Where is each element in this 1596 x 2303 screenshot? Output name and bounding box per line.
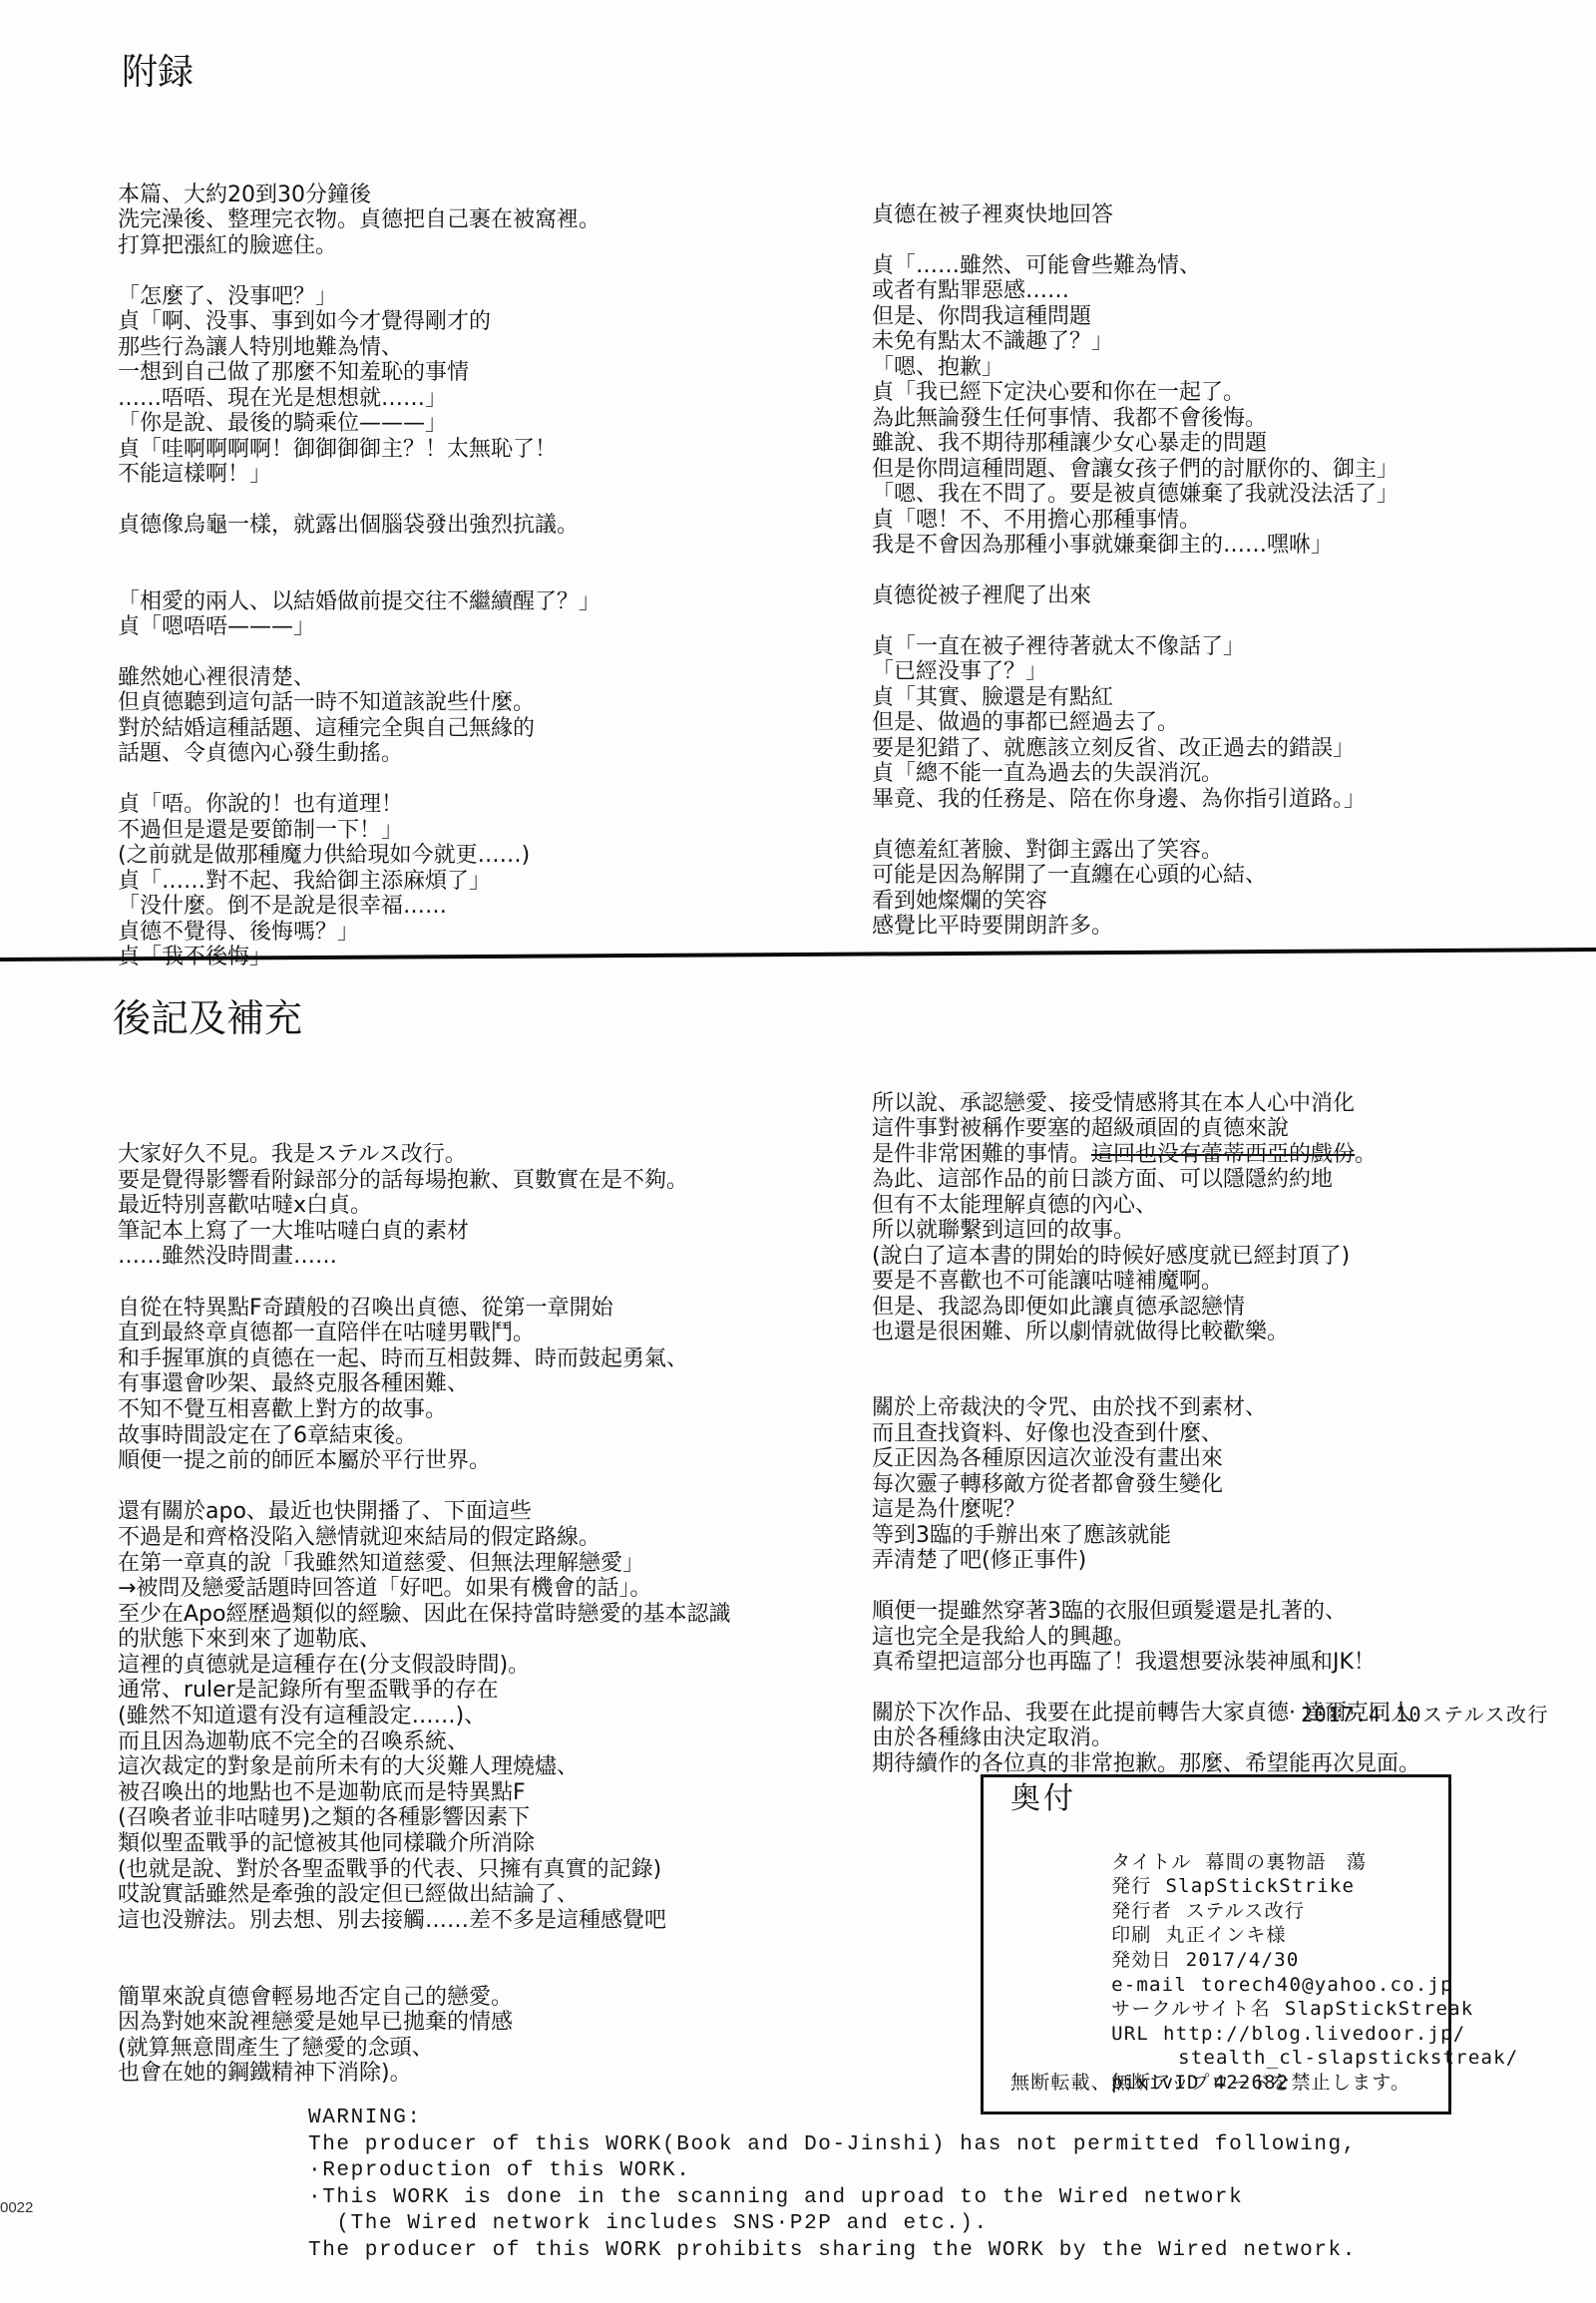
appendix-heading: 附録 <box>122 54 194 92</box>
text-line: 貞德不覺得、後悔嗎？」 <box>118 920 600 945</box>
text-line: 真希望把這部分也再臨了！我還想要泳裝神風和JK！ <box>872 1650 1420 1675</box>
text-line: 我是不會因為那種小事就嫌棄御主的……嘿咻」 <box>872 533 1398 558</box>
text-line: 「已經没事了？」 <box>872 659 1398 684</box>
text-line: 因為對她來說裡戀愛是她早已拋棄的情感 <box>118 2010 730 2036</box>
text-line <box>118 258 600 283</box>
text-line <box>872 559 1398 583</box>
text-line: 等到3臨的手辦出來了應該就能 <box>872 1523 1420 1548</box>
text-line: 直到最終章貞德都一直陪伴在咕噠男戰鬥。 <box>118 1321 730 1346</box>
text-line: 「嗯、抱歉」 <box>872 355 1398 380</box>
colophon-value: ステルス改行 <box>1186 1900 1305 1922</box>
text-line: 大家好久不見。我是ステルス改行。 <box>118 1142 730 1168</box>
text-line: 貞「一直在被子裡待著就太不像話了」 <box>872 634 1398 659</box>
text-line: 關於上帝裁決的令咒、由於找不到素材、 <box>872 1395 1420 1420</box>
text-line: 對於結婚這種話題、這種完全與自己無緣的 <box>118 716 600 741</box>
text-line: 為此、這部作品的前日談方面、可以隱隱約約地 <box>872 1167 1420 1192</box>
text-line: 而且因為迦勒底不完全的召喚系統、 <box>118 1729 730 1755</box>
text-line: →被問及戀愛話題時回答道「好吧。如果有機會的話」。 <box>118 1576 730 1602</box>
text-line: (就算無意間產生了戀愛的念頭、 <box>118 2036 730 2062</box>
colophon-notice: 無断転載、無断アップロードを禁止します。 <box>1010 2071 1518 2096</box>
text-line <box>872 1675 1420 1700</box>
text-line: 貞德像烏龜一樣，就露出個腦袋發出強烈抗議。 <box>118 513 600 538</box>
text-line: (說白了這本書的開始的時候好感度就已經封頂了) <box>872 1244 1420 1269</box>
text-line: 筆記本上寫了一大堆咕噠白貞的素材 <box>118 1219 730 1245</box>
afterword-left-column: 大家好久不見。我是ステルス改行。要是覺得影響看附録部分的話每場抱歉、頁數實在是不… <box>118 1067 730 2087</box>
text-line <box>118 1270 730 1296</box>
text-line: 最近特別喜歡咕噠x白貞。 <box>118 1193 730 1219</box>
text-line: 要是不喜歡也不可能讓咕噠補魔啊。 <box>872 1269 1420 1294</box>
text-line: 而且查找資料、好像也没查到什麼、 <box>872 1421 1420 1446</box>
text-line: 「相愛的兩人、以結婚做前提交往不繼續醒了？」 <box>118 589 600 614</box>
text-line: ……雖然没時間畫…… <box>118 1244 730 1270</box>
colophon-email: torech40@yahoo.co.jp <box>1201 1974 1453 1996</box>
text-line <box>118 564 600 588</box>
colophon-value: 2017/4/30 <box>1186 1949 1300 1971</box>
text-line: 類似聖盃戰爭的記憶被其他同樣職介所消除 <box>118 1831 730 1857</box>
text-line: 「嗯、我在不問了。要是被貞德嫌棄了我就没法活了」 <box>872 482 1398 507</box>
text-line: 不能這樣啊！」 <box>118 462 600 487</box>
colophon-label: 発行者 <box>1111 1900 1172 1922</box>
text-line: 每次靈子轉移敵方從者都會發生變化 <box>872 1472 1420 1497</box>
text-line: 這次裁定的對象是前所未有的大災難人理燒燼、 <box>118 1754 730 1780</box>
text-line: (召喚者並非咕噠男)之類的各種影響因素下 <box>118 1805 730 1831</box>
text-line: 洗完澡後、整理完衣物。貞德把自己裹在被窩裡。 <box>118 207 600 232</box>
text-segment: 。 <box>1355 1142 1377 1167</box>
text-line: 這裡的貞德就是這種存在(分支假設時間)。 <box>118 1653 730 1679</box>
text-line: 打算把漲紅的臉遮住。 <box>118 233 600 258</box>
colophon-url-continuation: stealth_cl-slapstickstreak/ <box>1178 2047 1518 2069</box>
text-line: ……唔唔、現在光是想想就……」 <box>118 386 600 411</box>
colophon-label: URL <box>1111 2023 1149 2045</box>
text-line: 貞「哇啊啊啊啊！御御御御主？！太無恥了！ <box>118 437 600 462</box>
text-line: 或者有點罪惡感…… <box>872 278 1398 303</box>
colophon-rows: タイトル幕間の裏物語 蕩 発行SlapStickStrike 発行者ステルス改行… <box>1010 1825 1518 2096</box>
text-line: 雖然她心裡很清楚、 <box>118 665 600 690</box>
colophon-heading: 奥付 <box>1010 1783 1076 1815</box>
text-line: 至少在Apo經歷過類似的經驗、因此在保持當時戀愛的基本認識 <box>118 1602 730 1628</box>
text-line: 這件事對被稱作要塞的超級頑固的貞德來說 <box>872 1116 1420 1141</box>
text-line <box>118 1959 730 1985</box>
text-line <box>118 488 600 513</box>
text-line: 這是為什麼呢？ <box>872 1497 1420 1522</box>
text-line: 貞「嗯唔唔———」 <box>118 614 600 639</box>
text-line: (雖然不知道還有没有這種設定……)、 <box>118 1704 730 1729</box>
text-line: 那些行為讓人特別地難為情、 <box>118 335 600 360</box>
text-line: 要是犯錯了、就應該立刻反省、改正過去的錯誤」 <box>872 736 1398 761</box>
text-line: 有事還會吵架、最終克服各種困難、 <box>118 1371 730 1397</box>
afterword-heading: 後記及補充 <box>113 998 302 1038</box>
text-line <box>118 539 600 564</box>
text-line: 貞「啊、没事、事到如今才覺得剛才的 <box>118 309 600 334</box>
text-line: 感覺比平時要開朗許多。 <box>872 914 1398 939</box>
warning-line: The producer of this WORK(Book and Do-Ji… <box>308 2132 1357 2159</box>
text-line: 反正因為各種原因這次並没有畫出來 <box>872 1446 1420 1471</box>
signature-date: 2017.4.10ステルス改行 <box>1301 1702 1549 1727</box>
afterword-right-column: 所以說、承認戀愛、接受情感將其在本人心中消化這件事對被稱作要塞的超級頑固的貞德來… <box>872 1016 1420 1776</box>
colophon-url: http://blog.livedoor.jp/ <box>1163 2023 1465 2045</box>
text-line: 「没什麼。倒不是說是很幸福…… <box>118 894 600 919</box>
text-line: 的狀態下來到來了迦勒底、 <box>118 1627 730 1653</box>
text-line: 由於各種緣由決定取消。 <box>872 1726 1420 1750</box>
text-line: 但是、你問我這種問題 <box>872 304 1398 329</box>
text-line <box>118 639 600 664</box>
text-line: 不知不覺互相喜歡上對方的故事。 <box>118 1397 730 1423</box>
text-line: 通常、ruler是記錄所有聖盃戰爭的存在 <box>118 1678 730 1704</box>
text-line: 貞「……對不起、我給御主添麻煩了」 <box>118 869 600 894</box>
text-line: 看到她燦爛的笑容 <box>872 889 1398 914</box>
text-line: 貞「其實、臉還是有點紅 <box>872 685 1398 710</box>
appendix-right-column: 貞德在被子裡爽快地回答貞「……雖然、可能會些難為情、或者有點罪惡感……但是、你問… <box>872 128 1398 940</box>
text-line: 但是、做過的事都已經過去了。 <box>872 710 1398 735</box>
text-segment: 是件非常困難的事情。 <box>872 1142 1091 1167</box>
colophon-label: 発行 <box>1111 1875 1151 1897</box>
text-line: 貞「唔。你說的！也有道理！ <box>118 792 600 817</box>
text-line: 不過是和齊格没陷入戀情就迎來結局的假定路線。 <box>118 1525 730 1551</box>
text-line: 和手握軍旗的貞德在一起、時而互相鼓舞、時而鼓起勇氣、 <box>118 1346 730 1372</box>
text-line: 自從在特異點F奇蹟般的召喚出貞德、從第一章開始 <box>118 1296 730 1322</box>
colophon-value: 幕間の裏物語 蕩 <box>1206 1851 1368 1873</box>
text-line <box>118 1474 730 1500</box>
text-line: 故事時間設定在了6章結束後。 <box>118 1423 730 1449</box>
colophon-value: SlapStickStrike <box>1166 1875 1356 1897</box>
text-line: 未免有點太不識趣了？」 <box>872 329 1398 354</box>
text-line: 但是、我認為即便如此讓貞德承認戀情 <box>872 1295 1420 1320</box>
text-line: 不過但是還是要節制一下！」 <box>118 818 600 843</box>
text-line: 貞「總不能一直為過去的失誤消沉。 <box>872 761 1398 786</box>
text-line <box>872 1370 1420 1395</box>
text-line: 也會在她的鋼鐵精神下消除)。 <box>118 2061 730 2087</box>
text-line: 「你是說、最後的騎乘位———」 <box>118 411 600 436</box>
text-line: 但是你問這種問題、會讓女孩子們的討厭你的、御主」 <box>872 457 1398 482</box>
text-line: 話題、令貞德內心發生動搖。 <box>118 741 600 766</box>
text-line: 是件非常困難的事情。這回也没有蕾蒂西亞的戲份。 <box>872 1142 1420 1167</box>
colophon-label: 印刷 <box>1111 1924 1151 1946</box>
text-line <box>118 767 600 792</box>
warning-line: ·Reproduction of this WORK. <box>308 2158 1357 2185</box>
text-line: 可能是因為解開了一直纏在心頭的心結、 <box>872 863 1398 888</box>
text-line <box>118 1933 730 1959</box>
text-line: 所以說、承認戀愛、接受情感將其在本人心中消化 <box>872 1091 1420 1116</box>
colophon-label: e-mail <box>1111 1974 1187 1996</box>
colophon-value: SlapStickStreak <box>1285 1998 1474 2020</box>
text-line: 畢竟、我的任務是、陪在你身邊、為你指引道路。」 <box>872 787 1398 812</box>
text-line: 本篇、大約20到30分鐘後 <box>118 183 600 207</box>
warning-notice: WARNING:The producer of this WORK(Book a… <box>308 2106 1357 2264</box>
warning-line: (The Wired network includes SNS·P2P and … <box>308 2211 1357 2238</box>
text-line: 但貞德聽到這句話一時不知道該說些什麼。 <box>118 690 600 715</box>
text-line <box>872 812 1398 837</box>
text-line: 貞「……雖然、可能會些難為情、 <box>872 253 1398 278</box>
text-line: 這也没辦法。別去想、別去接觸……差不多是這種感覺吧 <box>118 1908 730 1934</box>
text-line: 還有關於apo、最近也快開播了、下面這些 <box>118 1499 730 1525</box>
text-line <box>872 1574 1420 1599</box>
text-line: 雖說、我不期待那種讓少女心暴走的問題 <box>872 431 1398 456</box>
text-line: 順便一提雖然穿著3臨的衣服但頭髮還是扎著的、 <box>872 1599 1420 1624</box>
page-number: 0022 <box>0 2199 33 2216</box>
text-line: 貞「我已經下定決心要和你在一起了。 <box>872 380 1398 405</box>
colophon-box: 奥付 タイトル幕間の裏物語 蕩 発行SlapStickStrike 発行者ステル… <box>981 1774 1451 2114</box>
text-line: 期待續作的各位真的非常抱歉。那麼、希望能再次見面。 <box>872 1751 1420 1776</box>
appendix-left-column: 本篇、大約20到30分鐘後洗完澡後、整理完衣物。貞德把自己裹在被窩裡。打算把漲紅… <box>118 108 600 970</box>
colophon-value: 丸正インキ様 <box>1166 1924 1287 1946</box>
text-line <box>872 1345 1420 1370</box>
warning-line: ·This WORK is done in the scanning and u… <box>308 2185 1357 2212</box>
struck-text: 這回也没有蕾蒂西亞的戲份 <box>1091 1142 1355 1167</box>
warning-line: WARNING: <box>308 2106 1357 2132</box>
text-line <box>872 227 1398 252</box>
warning-line: The producer of this WORK prohibits shar… <box>308 2238 1357 2265</box>
text-line: 貞德從被子裡爬了出來 <box>872 583 1398 608</box>
text-line: 簡單來說貞德會輕易地否定自己的戀愛。 <box>118 1985 730 2011</box>
text-line: 在第一章真的說「我雖然知道慈愛、但無法理解戀愛」 <box>118 1551 730 1577</box>
text-line: 順便一提之前的師匠本屬於平行世界。 <box>118 1448 730 1474</box>
text-line: (也就是說、對於各聖盃戰爭的代表、只擁有真實的記錄) <box>118 1857 730 1883</box>
document-page: 附録 本篇、大約20到30分鐘後洗完澡後、整理完衣物。貞德把自己裹在被窩裡。打算… <box>0 0 1596 2303</box>
colophon-label: タイトル <box>1111 1851 1191 1873</box>
text-line: 貞德羞紅著臉、對御主露出了笑容。 <box>872 838 1398 863</box>
text-line: 為此無論發生任何事情、我都不會後悔。 <box>872 406 1398 431</box>
text-line: 貞「嗯！不、不用擔心那種事情。 <box>872 508 1398 533</box>
text-line: 也還是很困難、所以劇情就做得比較歡樂。 <box>872 1320 1420 1344</box>
text-line: 哎說實話雖然是牽強的設定但已經做出結論了、 <box>118 1882 730 1908</box>
text-line: 要是覺得影響看附録部分的話每場抱歉、頁數實在是不夠。 <box>118 1168 730 1194</box>
colophon-label: サークルサイト名 <box>1111 1998 1271 2020</box>
text-line: 這也完全是我給人的興趣。 <box>872 1625 1420 1650</box>
text-line <box>872 609 1398 634</box>
text-line: 被召喚出的地點也不是迦勒底而是特異點F <box>118 1780 730 1806</box>
text-line: 所以就聯繫到這回的故事。 <box>872 1218 1420 1243</box>
text-line: 「怎麼了、没事吧？」 <box>118 284 600 309</box>
text-line: 一想到自己做了那麼不知羞恥的事情 <box>118 360 600 385</box>
text-line: 但有不太能理解貞德的內心、 <box>872 1193 1420 1218</box>
colophon-label: 発効日 <box>1111 1949 1172 1971</box>
text-line: (之前就是做那種魔力供給現如今就更……) <box>118 843 600 868</box>
text-line: 弄清楚了吧(修正事件) <box>872 1548 1420 1573</box>
text-line: 貞德在被子裡爽快地回答 <box>872 202 1398 227</box>
colophon-row-title: タイトル幕間の裏物語 蕩 <box>1010 1825 1518 1850</box>
